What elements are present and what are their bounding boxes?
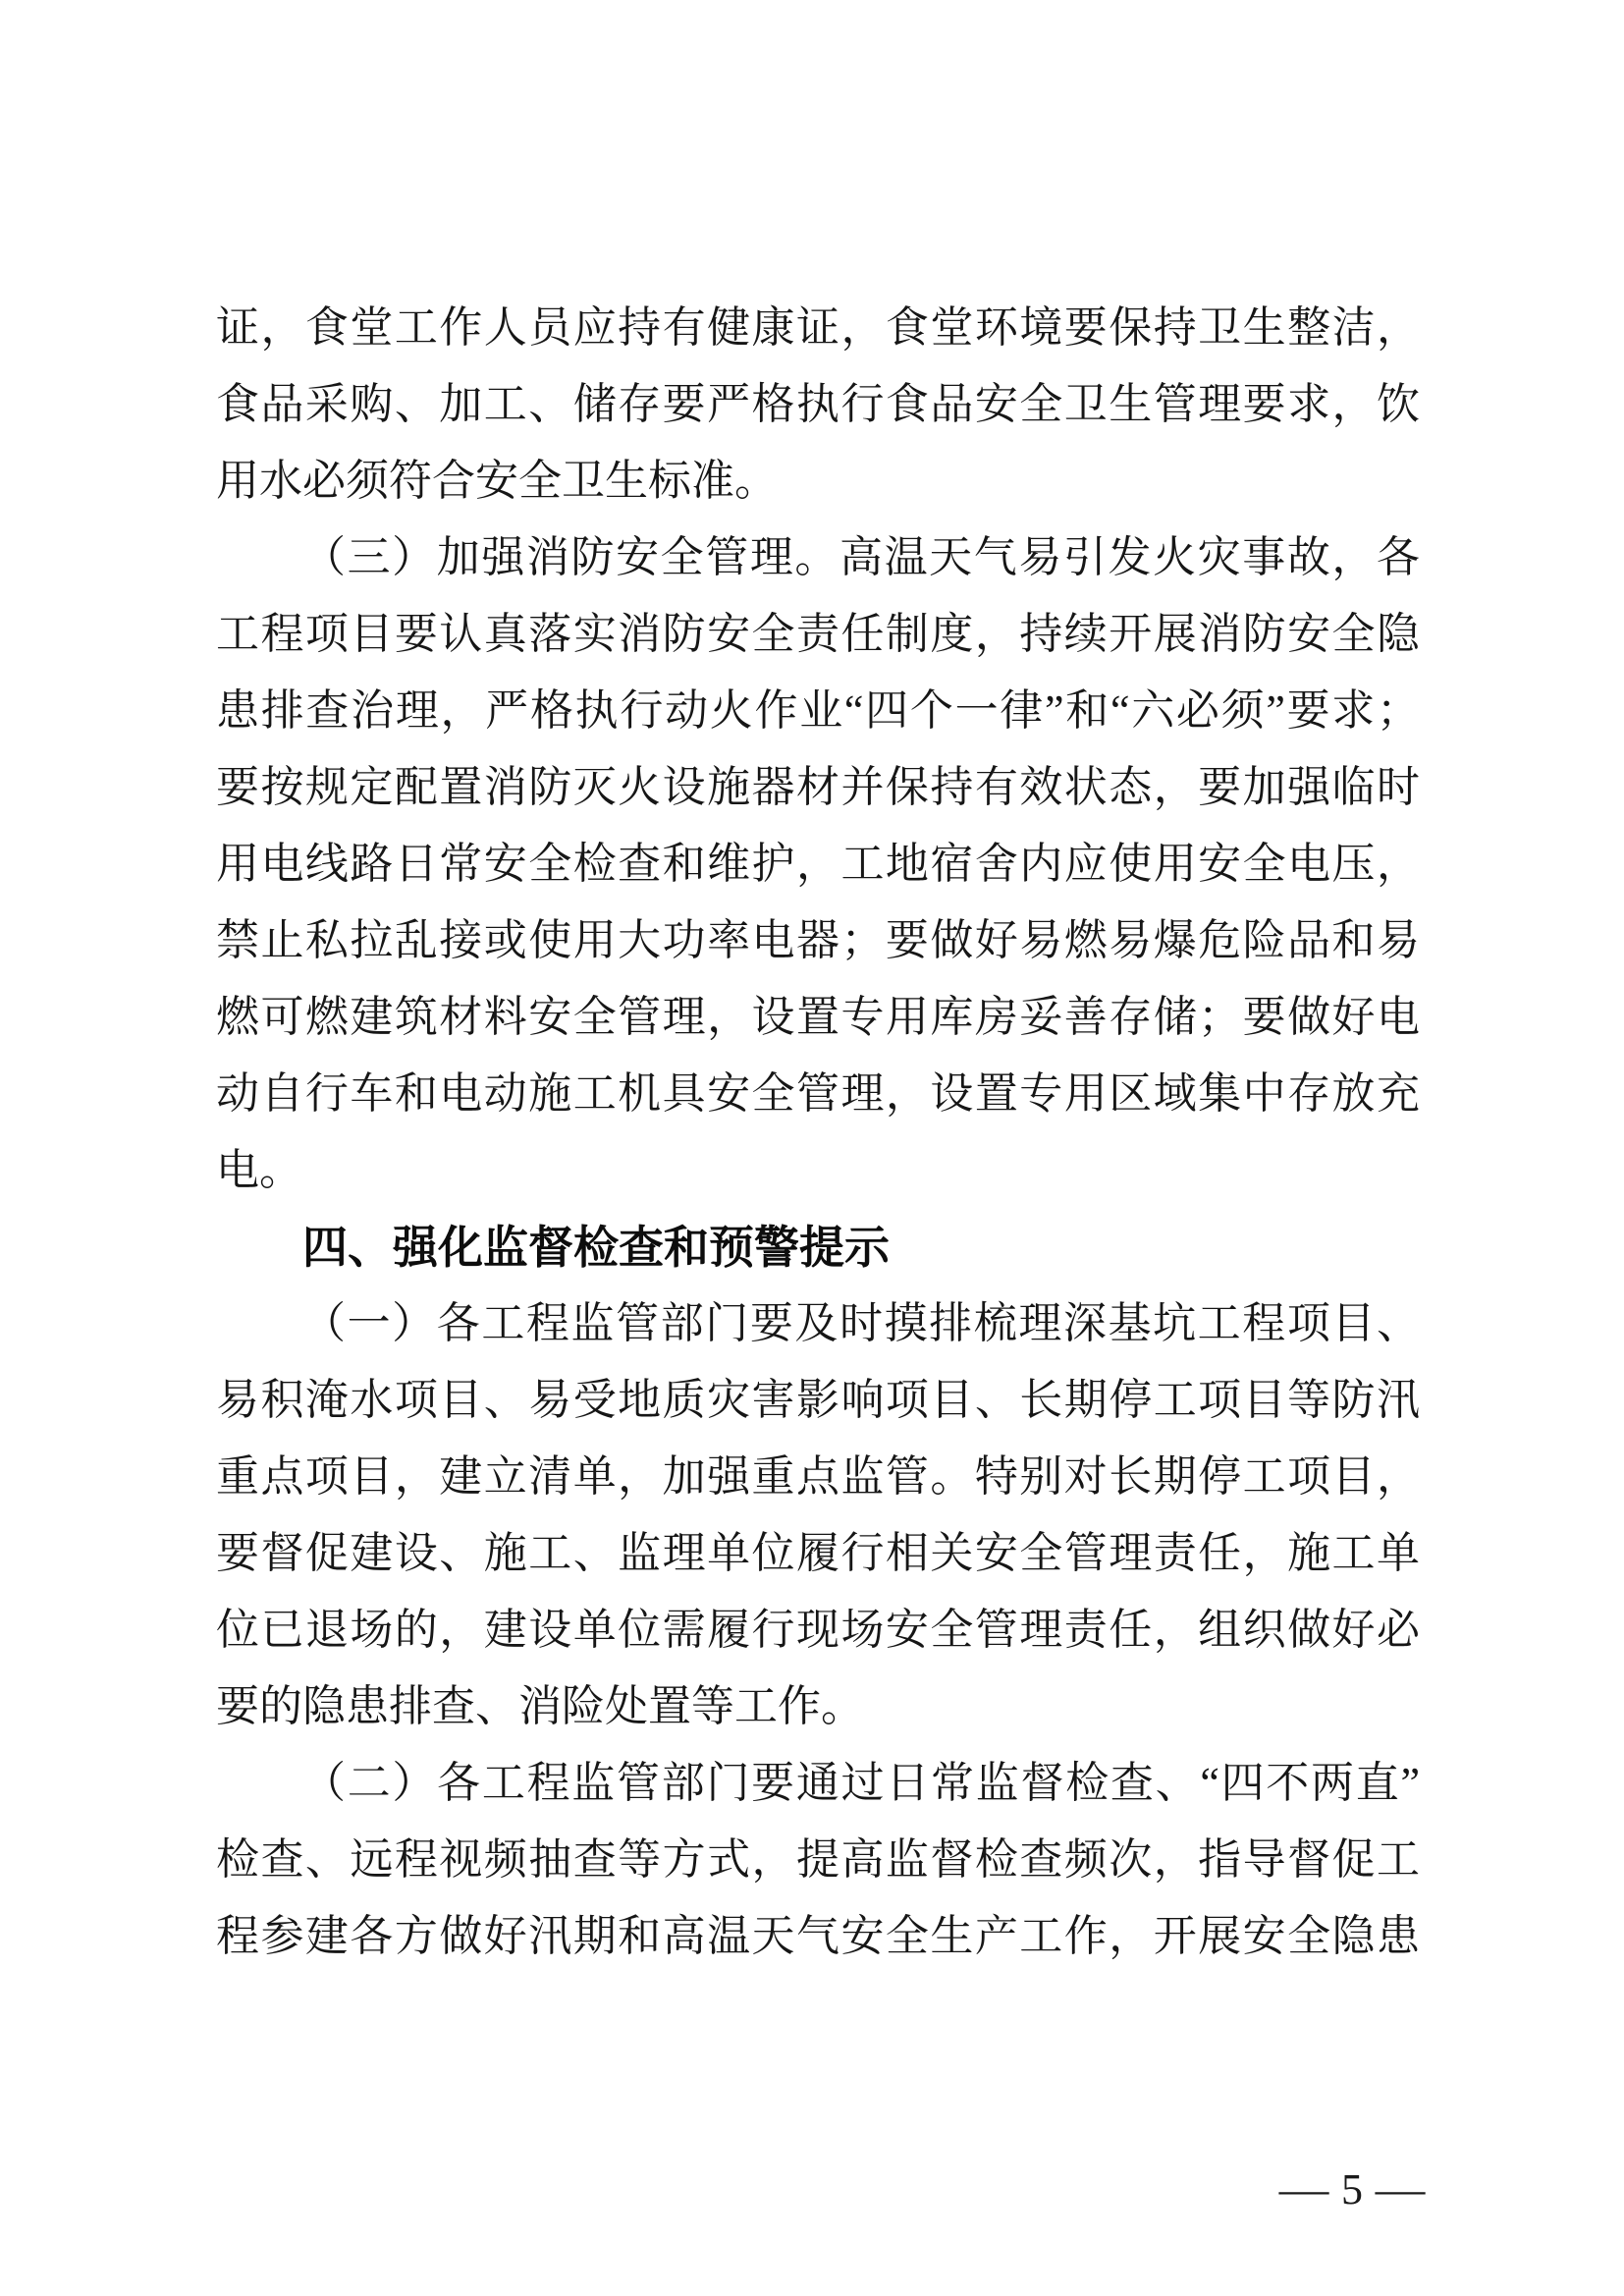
text-line: 易积淹水项目、易受地质灾害影响项目、长期停工项目等防汛: [216, 1362, 1420, 1439]
page-number: 5: [1341, 2164, 1363, 2215]
text-line: 检查、远程视频抽查等方式，提高监督检查频次，指导督促工: [216, 1822, 1420, 1898]
page-footer: — 5 —: [1282, 2164, 1422, 2215]
text-line: 程参建各方做好汛期和高温天气安全生产工作，开展安全隐患: [216, 1898, 1420, 1975]
text-line: 动自行车和电动施工机具安全管理，设置专用区域集中存放充: [216, 1056, 1420, 1132]
footer-dash-right: —: [1376, 2164, 1426, 2215]
document-page: 证，食堂工作人员应持有健康证，食堂环境要保持卫生整洁，食品采购、加工、储存要严格…: [0, 0, 1624, 2296]
text-line: 食品采购、加工、储存要严格执行食品安全卫生管理要求，饮: [216, 366, 1420, 443]
text-line: 患排查治理，严格执行动火作业“四个一律”和“六必须”要求；: [216, 673, 1420, 749]
text-line: 位已退场的，建设单位需履行现场安全管理责任，组织做好必: [216, 1592, 1420, 1668]
footer-dash-left: —: [1279, 2164, 1329, 2215]
section-heading: 四、强化监督检查和预警提示: [216, 1209, 1420, 1285]
text-line: 燃可燃建筑材料安全管理，设置专用库房妥善存储；要做好电: [216, 979, 1420, 1056]
text-line: 重点项目，建立清单，加强重点监管。特别对长期停工项目，: [216, 1439, 1420, 1515]
text-line: 要督促建设、施工、监理单位履行相关安全管理责任，施工单: [216, 1515, 1420, 1592]
text-line: 用电线路日常安全检查和维护，工地宿舍内应使用安全电压，: [216, 826, 1420, 902]
text-line: 要的隐患排查、消险处置等工作。: [216, 1668, 1420, 1745]
text-line: （三）加强消防安全管理。高温天气易引发火灾事故，各: [216, 519, 1420, 596]
text-line: 工程项目要认真落实消防安全责任制度，持续开展消防安全隐: [216, 596, 1420, 673]
text-line: 禁止私拉乱接或使用大功率电器；要做好易燃易爆危险品和易: [216, 902, 1420, 979]
text-line: 电。: [216, 1132, 1420, 1209]
text-line: （一）各工程监管部门要及时摸排梳理深基坑工程项目、: [216, 1285, 1420, 1362]
text-line: 要按规定配置消防灭火设施器材并保持有效状态，要加强临时: [216, 749, 1420, 826]
text-line: 证，食堂工作人员应持有健康证，食堂环境要保持卫生整洁，: [216, 290, 1420, 366]
text-line: 用水必须符合安全卫生标准。: [216, 443, 1420, 519]
text-line: （二）各工程监管部门要通过日常监督检查、“四不两直”: [216, 1745, 1420, 1822]
document-body: 证，食堂工作人员应持有健康证，食堂环境要保持卫生整洁，食品采购、加工、储存要严格…: [216, 290, 1420, 1975]
